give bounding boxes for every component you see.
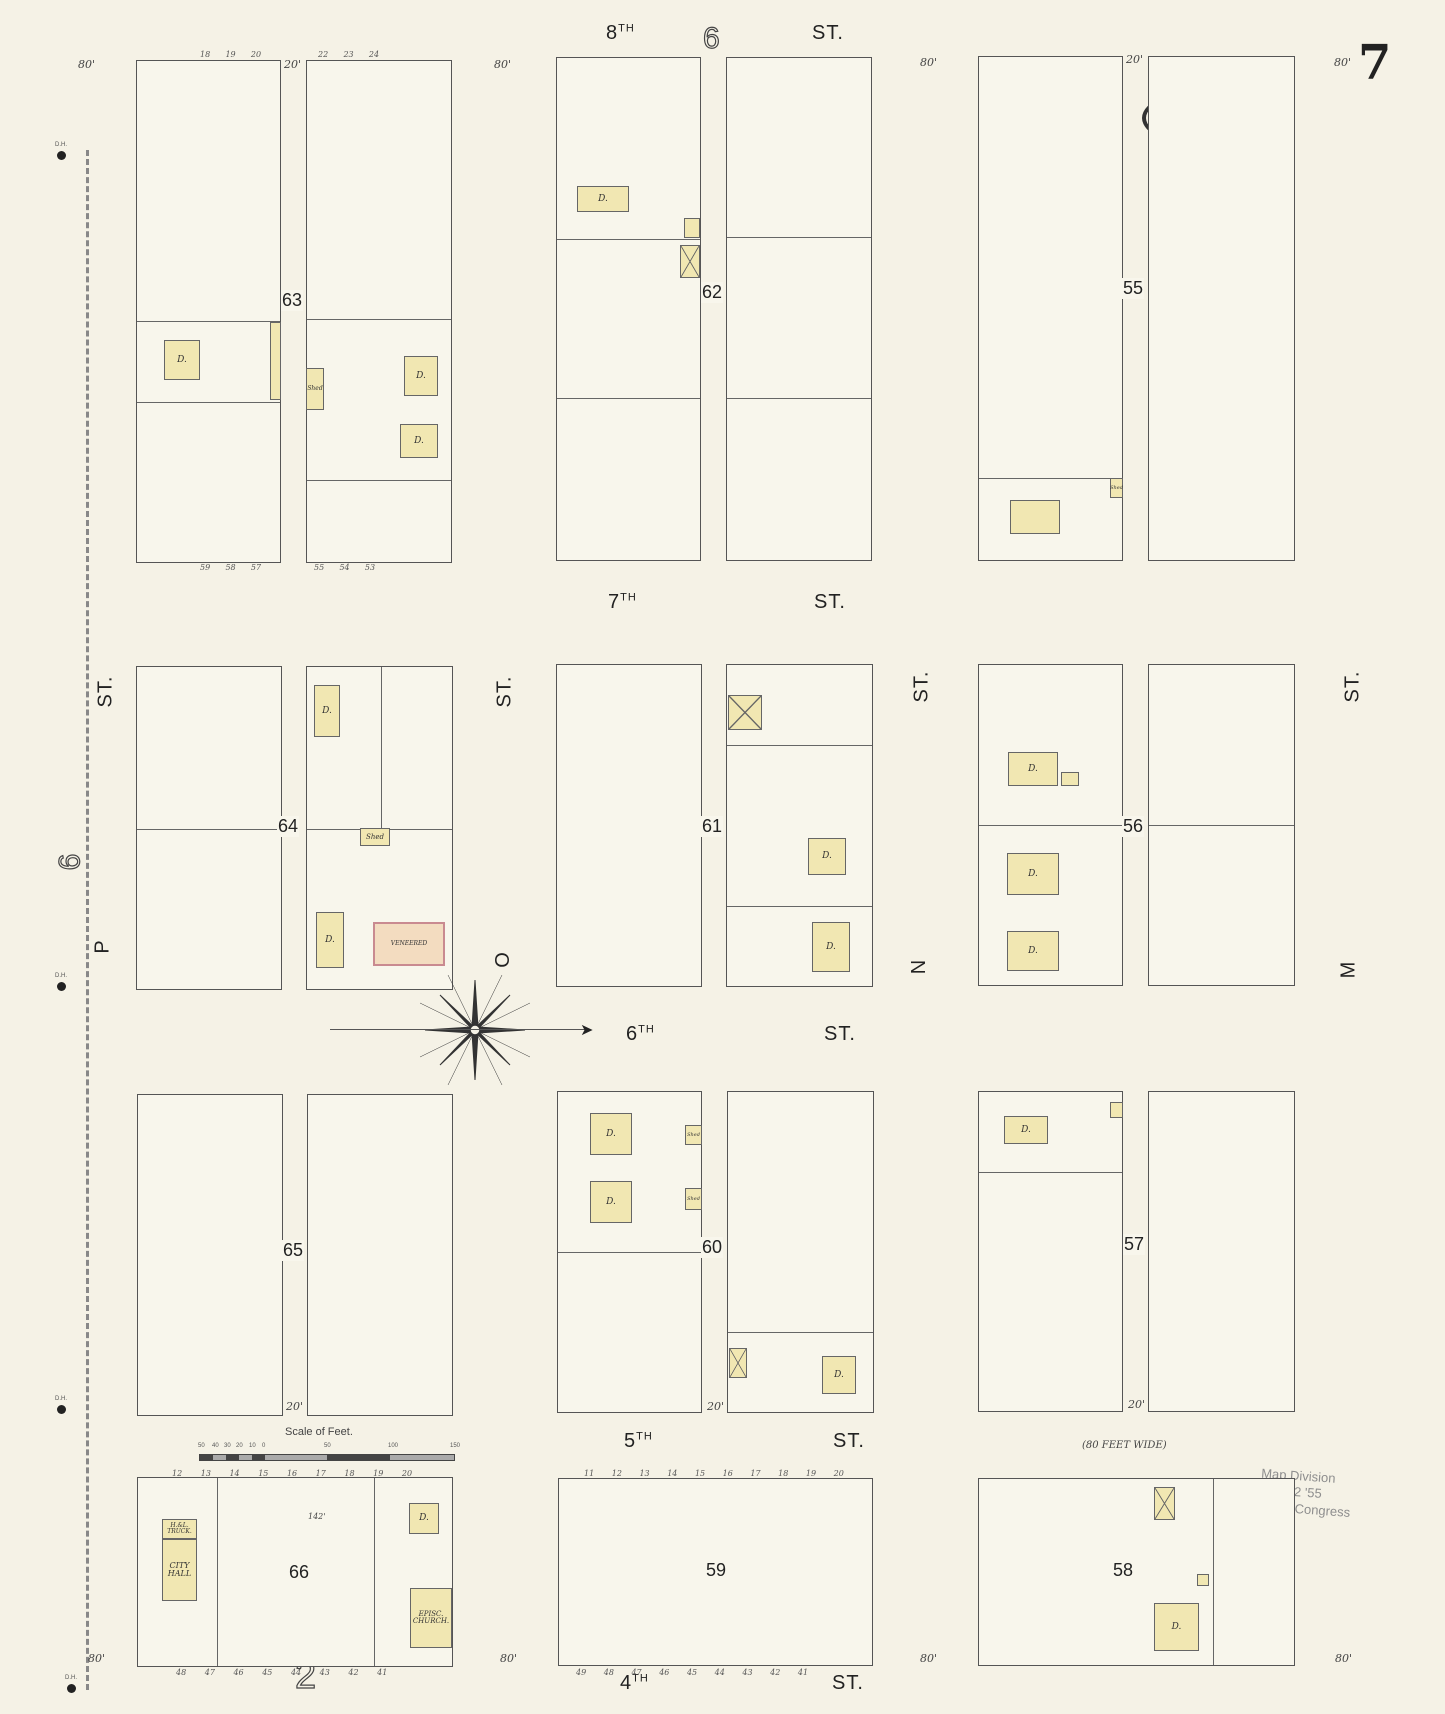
dwelling: D. (577, 186, 629, 212)
block-61-west (556, 664, 702, 987)
block-number-63: 63 (281, 290, 303, 311)
street-n-st: ST. (910, 671, 933, 703)
lot-numbers-59-bottom: 49 48 47 46 45 44 43 42 41 (576, 1668, 808, 1677)
lot-numbers: 59 58 57 (200, 563, 261, 572)
lot-numbers-66: 12 13 14 15 16 17 18 19 20 (172, 1469, 412, 1478)
block-number-64: 64 (277, 816, 299, 837)
compass-rose-icon (420, 975, 530, 1085)
veneered-dwelling: VENEERED (373, 922, 445, 966)
dwelling: D. (1004, 1116, 1048, 1144)
dwelling: D. (812, 922, 850, 972)
shed: Shed (685, 1188, 702, 1210)
block-number-56: 56 (1122, 816, 1144, 837)
dwelling: D. (822, 1356, 856, 1394)
stable (1154, 1487, 1175, 1520)
dwelling: D. (1007, 853, 1059, 895)
street-p: P (92, 939, 115, 953)
lot-numbers: 18 19 20 (200, 50, 261, 59)
hydrant-label: D.H. (65, 1675, 77, 1681)
street-6th-st: ST. (824, 1023, 856, 1046)
block-55-west (978, 56, 1123, 561)
dwelling: D. (404, 356, 438, 396)
dwelling (1010, 500, 1060, 534)
dim-142: 142' (308, 1512, 325, 1521)
dwelling: D. (314, 685, 340, 737)
dwelling: D. (808, 838, 846, 875)
shed: Shed (360, 828, 390, 846)
adjacent-sheet-top: 6 (703, 22, 720, 56)
block-number-59: 59 (705, 1560, 727, 1581)
shed (1061, 772, 1079, 786)
dim-80: 80' (920, 1652, 937, 1665)
compass-arrow-icon: ➤ (580, 1020, 593, 1040)
dim-80: 80' (78, 58, 95, 71)
lot-numbers: 55 54 53 (314, 563, 375, 572)
street-m-st: ST. (1341, 671, 1364, 703)
shed (1197, 1574, 1209, 1586)
dim-80: 80' (494, 58, 511, 71)
street-p-st: ST. (94, 676, 117, 708)
dim-20: 20' (286, 1400, 303, 1413)
dim-80: 80' (1335, 1652, 1352, 1665)
street-o: O (492, 951, 515, 968)
street-4th-st: ST. (832, 1672, 864, 1695)
block-55-east (1148, 56, 1295, 561)
dim-80: 80' (500, 1652, 517, 1665)
shed: Shed (1110, 478, 1123, 498)
stable (729, 1348, 747, 1378)
dwelling: D. (316, 912, 344, 968)
dim-80: 80' (920, 56, 937, 69)
dwelling: D. (590, 1113, 632, 1155)
block-number-58: 58 (1112, 1560, 1134, 1581)
compass-arrow-line (330, 1029, 590, 1030)
block-number-61: 61 (701, 816, 723, 837)
block-65-east (307, 1094, 453, 1416)
street-width-note: (80 FEET WIDE) (1082, 1440, 1167, 1451)
street-n: N (908, 959, 931, 974)
dwelling: D. (1154, 1603, 1199, 1651)
street-8th: 8TH (606, 22, 635, 45)
block-63-east (306, 60, 452, 563)
hydrant-marker (57, 1405, 66, 1414)
dwelling: D. (1008, 752, 1058, 786)
dwelling: D. (1007, 931, 1059, 971)
episcopal-church: EPISC. CHURCH. (410, 1588, 452, 1648)
block-62-east (726, 57, 872, 561)
city-hall: CITY HALL (162, 1539, 197, 1601)
block-number-57: 57 (1123, 1234, 1145, 1255)
hydrant-label: D.H. (55, 142, 67, 148)
hydrant-marker (57, 982, 66, 991)
shed (684, 218, 700, 238)
scale-title: Scale of Feet. (285, 1426, 353, 1438)
block-number-55: 55 (1122, 278, 1144, 299)
dim-20: 20' (707, 1400, 724, 1413)
lot-numbers-66-bottom: 48 47 46 45 44 43 42 41 (176, 1668, 387, 1677)
block-62-west (556, 57, 701, 561)
block-56-east (1148, 664, 1295, 986)
shed: Shed (306, 368, 324, 410)
dwelling: D. (409, 1503, 439, 1534)
sheet-number: 7 (1358, 35, 1391, 91)
street-7th: 7TH (608, 591, 637, 614)
street-6th: 6TH (626, 1023, 655, 1046)
dwelling: D. (400, 424, 438, 458)
dwelling: D. (164, 340, 200, 380)
block-57-east (1148, 1091, 1295, 1412)
hydrant-marker (67, 1684, 76, 1693)
street-m: M (1337, 961, 1360, 979)
block-number-60: 60 (701, 1237, 723, 1258)
street-5th: 5TH (624, 1430, 653, 1453)
block-number-65: 65 (282, 1240, 304, 1261)
dim-80: 80' (88, 1652, 105, 1665)
hl-truck-house: H.&L. TRUCK. (162, 1519, 197, 1539)
block-65-west (137, 1094, 283, 1416)
block-57-west (978, 1091, 1123, 1412)
stable (728, 695, 762, 730)
hydrant-label: D.H. (55, 1396, 67, 1402)
lot-numbers-59: 11 12 13 14 15 16 17 18 19 20 (584, 1469, 844, 1478)
adjacent-sheet-left: 6 (53, 854, 87, 871)
hydrant-label: D.H. (55, 973, 67, 979)
block-63-west (136, 60, 281, 563)
lot-numbers: 22 23 24 (318, 50, 379, 59)
dim-80: 80' (1334, 56, 1351, 69)
shed: Shed (685, 1125, 702, 1145)
railway-line (86, 150, 89, 1690)
block-number-66: 66 (288, 1562, 310, 1583)
stable (680, 245, 700, 278)
scale-bar (199, 1454, 455, 1461)
dim-20: 20' (284, 58, 301, 71)
dim-20: 20' (1126, 53, 1143, 66)
dim-20: 20' (1128, 1398, 1145, 1411)
street-7th-st: ST. (814, 591, 846, 614)
dwelling: D. (590, 1181, 632, 1223)
block-number-62: 62 (701, 282, 723, 303)
shed (1110, 1102, 1123, 1118)
street-8th-st: ST. (812, 22, 844, 45)
hydrant-marker (57, 151, 66, 160)
street-5th-st: ST. (833, 1430, 865, 1453)
street-o-st: ST. (493, 676, 516, 708)
outbuilding (270, 322, 281, 400)
block-58 (978, 1478, 1295, 1666)
block-64-west (136, 666, 282, 990)
